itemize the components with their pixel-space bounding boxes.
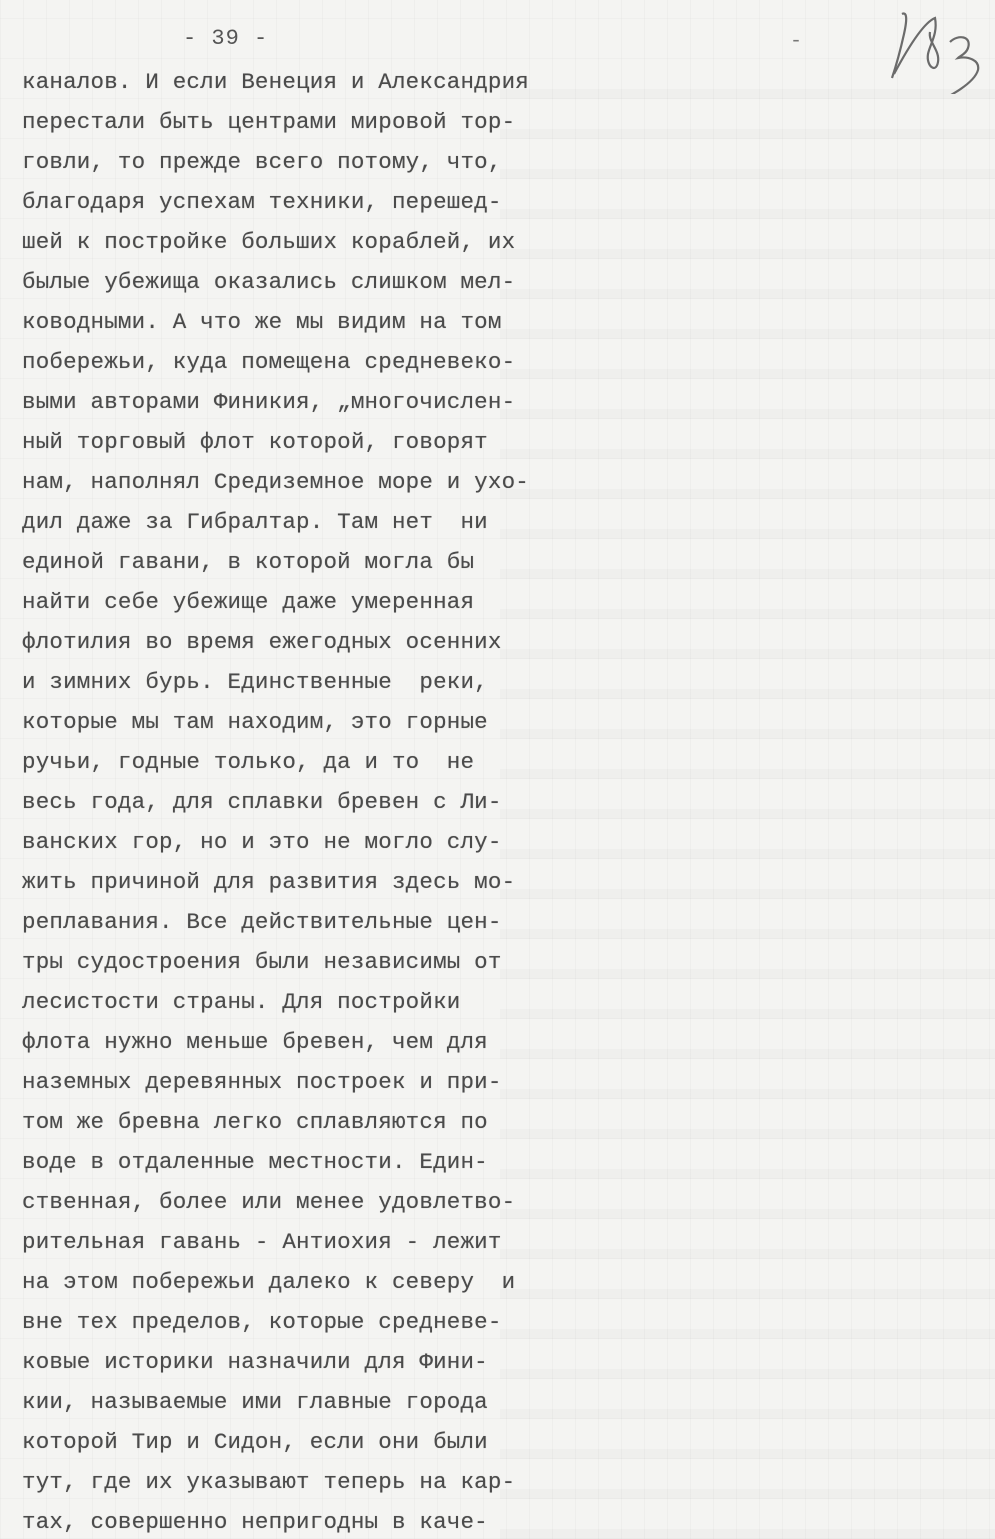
text-line: перестали быть центрами мировой тор- bbox=[22, 108, 515, 136]
text-line: флота нужно меньше бревен, чем для bbox=[22, 1028, 488, 1056]
text-line: выми авторами Финикия, „многочислен- bbox=[22, 388, 515, 416]
text-line: которые мы там находим, это горные bbox=[22, 708, 488, 736]
text-line: ванских гор, но и это не могло слу- bbox=[22, 828, 502, 856]
text-line: говли, то прежде всего потому, что, bbox=[22, 148, 502, 176]
text-line: вне тех пределов, которые средневе- bbox=[22, 1308, 502, 1336]
text-line: жить причиной для развития здесь мо- bbox=[22, 868, 515, 896]
text-line: флотилия во время ежегодных осенних bbox=[22, 628, 502, 656]
text-line: весь года, для сплавки бревен с Ли- bbox=[22, 788, 502, 816]
text-line: тры судостроения были независимы от bbox=[22, 948, 502, 976]
text-line: благодаря успехам техники, перешед- bbox=[22, 188, 502, 216]
text-line: реплавания. Все действительные цен- bbox=[22, 908, 502, 936]
text-line: лесистости страны. Для постройки bbox=[22, 988, 460, 1016]
text-line: рительная гавань - Антиохия - лежит bbox=[22, 1228, 502, 1256]
text-line: единой гавани, в которой могла бы bbox=[22, 548, 474, 576]
text-line: которой Тир и Сидон, если они были bbox=[22, 1428, 488, 1456]
text-line: и зимних бурь. Единственные реки, bbox=[22, 668, 488, 696]
text-line: шей к постройке больших кораблей, их bbox=[22, 228, 515, 256]
text-line: побережьи, куда помещена средневеко- bbox=[22, 348, 515, 376]
text-line: ный торговый флот которой, говорят bbox=[22, 428, 488, 456]
text-line: наземных деревянных построек и при- bbox=[22, 1068, 502, 1096]
text-line: дил даже за Гибралтар. Там нет ни bbox=[22, 508, 488, 536]
handwritten-folio-number: 183 bbox=[880, 4, 990, 94]
text-line: былые убежища оказались слишком мел- bbox=[22, 268, 515, 296]
text-line: тах, совершенно непригодны в каче- bbox=[22, 1508, 488, 1536]
text-line: ственная, более или менее удовлетво- bbox=[22, 1188, 515, 1216]
text-line: воде в отдаленные местности. Един- bbox=[22, 1148, 488, 1176]
text-line: найти себе убежище даже умеренная bbox=[22, 588, 474, 616]
text-line: кии, называемые ими главные города bbox=[22, 1388, 488, 1416]
text-line: ководными. А что же мы видим на том bbox=[22, 308, 502, 336]
bleed-through-area bbox=[500, 60, 995, 1539]
text-line: ковые историки назначили для Фини- bbox=[22, 1348, 488, 1376]
margin-dash: - bbox=[790, 30, 802, 53]
text-line: ручьи, годные только, да и то не bbox=[22, 748, 474, 776]
text-line: на этом побережьи далеко к северу и bbox=[22, 1268, 515, 1296]
page-number: - 39 - bbox=[183, 26, 268, 51]
text-line: тут, где их указывают теперь на кар- bbox=[22, 1468, 515, 1496]
text-line: том же бревна легко сплавляются по bbox=[22, 1108, 488, 1136]
text-line: каналов. И если Венеция и Александрия bbox=[22, 68, 529, 96]
text-line: нам, наполнял Средиземное море и ухо- bbox=[22, 468, 529, 496]
